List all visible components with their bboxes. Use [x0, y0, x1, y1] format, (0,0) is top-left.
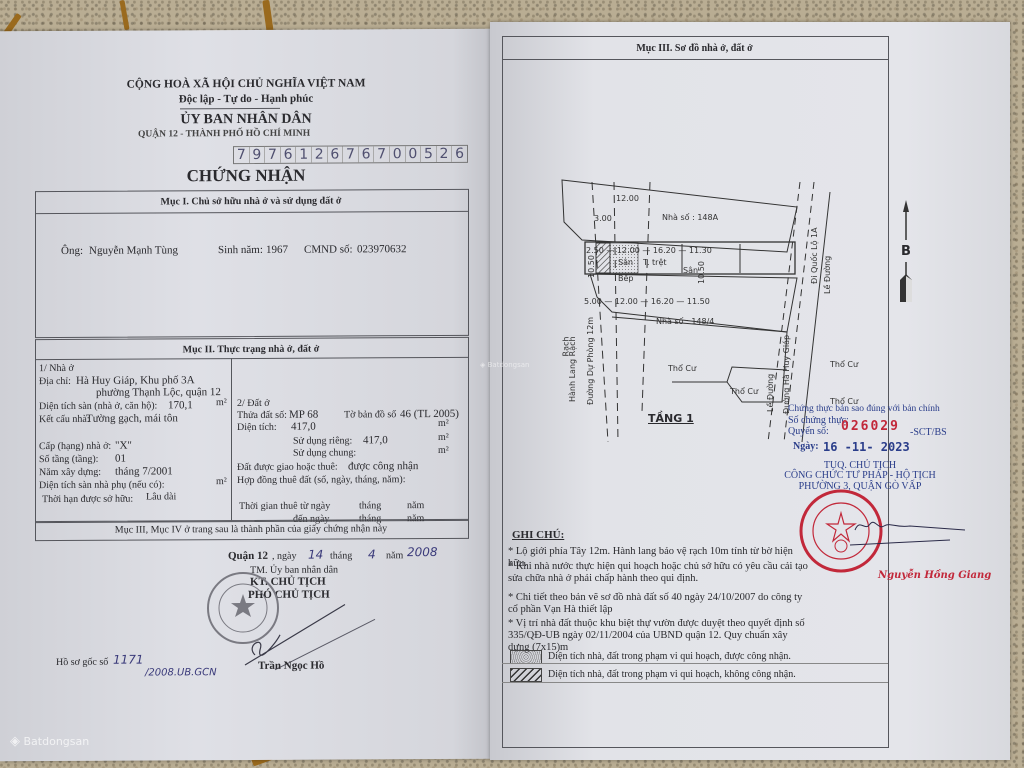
parcel: MP 68	[289, 409, 318, 421]
serial-digit: 6	[452, 146, 467, 162]
aux-area-label: Diện tích sàn nhà phụ (nếu có):	[39, 479, 165, 491]
motto-underline	[180, 108, 280, 110]
serial-digit: 2	[312, 147, 328, 163]
serial-digit: 2	[437, 146, 453, 162]
signer-name: Trần Ngọc Hồ	[258, 660, 324, 672]
structure: Tường gạch, mái tôn	[86, 412, 178, 424]
address-line2: phường Thạnh Lộc, quận 12	[96, 386, 221, 399]
private-use: 417,0	[363, 434, 388, 446]
record-suffix: /2008.UB.GCN	[145, 667, 217, 678]
signing-place: Quận 12	[228, 550, 268, 562]
room-yard1: Sân	[618, 258, 633, 267]
serial-digit: 6	[281, 147, 297, 163]
note-2: * Khi nhà nước thực hiện qui hoạch hoặc …	[508, 561, 816, 585]
aux-area-unit: m²	[216, 476, 227, 487]
room-main: T. trệt	[643, 258, 667, 267]
residential-2: Thổ Cư	[730, 387, 758, 396]
note-4: * Vị trí nhà đất thuộc khu biệt thự vườn…	[508, 618, 808, 654]
serial-digit: 6	[328, 146, 344, 162]
land-area-unit: m²	[438, 418, 449, 429]
watermark-center-icon: ◈	[480, 361, 485, 369]
cert-date-label: Ngày:	[793, 441, 819, 452]
residential-1: Thổ Cư	[668, 364, 696, 373]
land-area-label: Diện tích:	[237, 422, 277, 433]
signing-year-label: năm	[386, 550, 403, 561]
private-use-label: Sử dụng riêng:	[293, 435, 352, 446]
birth-year: 1967	[266, 244, 288, 256]
height-left: 10.50	[587, 255, 596, 278]
legend-hatched-text: Diện tích nhà, đất trong phạm vi qui hoạ…	[548, 669, 796, 680]
address-label: Địa chỉ:	[39, 376, 71, 387]
serial-digit: 6	[359, 146, 375, 162]
book-suffix: -SCT/BS	[910, 427, 947, 438]
road-edge-2: Lề Đường	[823, 256, 832, 294]
watermark-logo: ◈ Batdongsan	[10, 734, 89, 749]
watermark-center: ◈ Batdongsan	[480, 361, 529, 369]
floor-area-label: Diện tích sàn (nhà ở, căn hộ):	[39, 400, 157, 412]
dims-top: 2.50 — 12.00 — 16.20 — 11.30	[586, 246, 712, 255]
floor-area-unit: m²	[216, 397, 227, 408]
serial-number: 797612676700526	[233, 145, 468, 164]
signing-day: 14	[308, 548, 323, 562]
authority-subtitle: QUẬN 12 - THÀNH PHỐ HỒ CHÍ MINH	[138, 129, 310, 140]
lease-contract-label: Hợp đồng thuê đất (số, ngày, tháng, năm)…	[237, 474, 406, 486]
watermark-icon: ◈	[10, 734, 20, 749]
background-stick	[119, 0, 129, 30]
shared-use-unit: m²	[438, 445, 449, 456]
term-label: Thời hạn được sở hữu:	[42, 494, 133, 505]
serial-digit: 5	[421, 146, 437, 162]
cert-signature-icon	[850, 510, 970, 550]
neighbor-top: Nhà số : 148A	[662, 213, 718, 222]
authority-title: ỦY BAN NHÂN DÂN	[0, 111, 492, 130]
term: Lâu dài	[146, 491, 176, 502]
grade: "X"	[115, 440, 132, 452]
built: tháng 7/2001	[115, 465, 173, 477]
floors-label: Số tầng (tầng):	[39, 454, 98, 465]
watermark-brand: Batdongsan	[24, 735, 90, 748]
legend-dotted-swatch	[510, 650, 542, 664]
road-main-label: Đường Hà Huy Giáp	[782, 335, 791, 414]
certificate-title: CHỨNG NHẬN	[0, 165, 492, 188]
grade-label: Cấp (hạng) nhà ở:	[39, 441, 111, 452]
structure-label: Kết cấu nhà:	[39, 414, 90, 425]
certificate-left-page: CỘNG HOÀ XÃ HỘI CHỦ NGHĨA VIỆT NAM Độc l…	[0, 29, 492, 762]
map-number: 46 (TL 2005)	[400, 408, 459, 420]
country-header: CỘNG HOÀ XÃ HỘI CHỦ NGHĨA VIỆT NAM	[0, 77, 492, 92]
serial-digit: 7	[374, 146, 390, 162]
cert-signer: Nguyễn Hồng Giang	[878, 570, 991, 581]
land-heading: 2/ Đất ở	[237, 398, 270, 409]
highway-label: Đi Quốc Lộ 1A	[810, 227, 819, 284]
watermark-center-brand: Batdongsan	[488, 361, 530, 369]
birth-label: Sinh năm:	[218, 244, 263, 256]
serial-digit: 7	[234, 147, 250, 163]
signing-month: 4	[368, 547, 376, 561]
lease-from-label: Thời gian thuê từ ngày	[239, 501, 330, 512]
allocation-label: Đất được giao hoặc thuê:	[237, 462, 338, 474]
house-heading: 1/ Nhà ở	[39, 363, 74, 374]
id-number: 023970632	[357, 243, 407, 255]
address-line1: Hà Huy Giáp, Khu phố 3A	[76, 374, 195, 387]
map-label: Tờ bản đồ số	[344, 409, 396, 420]
signing-month-label: tháng	[330, 550, 352, 561]
dims-bottom: 5.00 — 12.00 — 16.20 — 11.50	[584, 297, 710, 306]
floor-area: 170,1	[168, 399, 193, 411]
section3-divider	[502, 59, 888, 60]
note-3: * Chi tiết theo bản vẽ sơ đồ nhà đất số …	[508, 592, 808, 616]
legend-dotted-text: Diện tích nhà, đất trong phạm vi qui hoạ…	[548, 651, 791, 662]
record-number: 1171	[113, 653, 144, 667]
section3-title: Mục III. Sơ đồ nhà ở, đất ở	[502, 43, 887, 54]
floors: 01	[115, 453, 126, 465]
floor-label: TẦNG 1	[648, 412, 694, 425]
land-area: 417,0	[291, 421, 316, 433]
legend-hatched-swatch	[510, 668, 542, 682]
built-label: Năm xây dựng:	[39, 467, 101, 478]
reserve-road-label: Đường Dự Phòng 12m	[586, 317, 595, 405]
serial-digit: 1	[296, 147, 312, 163]
signing-year: 2008	[407, 545, 438, 559]
serial-digit: 7	[343, 146, 359, 162]
lease-from-year: năm	[407, 500, 424, 511]
id-label: CMND số:	[304, 243, 353, 255]
road-edge-1: Lề Đường	[766, 374, 775, 412]
neighbor-bottom: Nhà số : 148/4	[656, 317, 714, 326]
parcel-label: Thửa đất số:	[237, 410, 287, 421]
north-label: B	[901, 244, 911, 259]
serial-digit: 7	[265, 147, 281, 163]
legend-divider	[502, 682, 888, 683]
serial-digit: 0	[390, 146, 406, 162]
serial-digit: 9	[250, 147, 266, 163]
section2-column-divider	[231, 358, 232, 520]
book-label: Quyển số:	[788, 426, 829, 437]
lease-from-month: tháng	[359, 500, 381, 511]
dim-upper: 12.00	[616, 194, 639, 203]
shared-use-label: Sử dụng chung:	[293, 447, 356, 458]
cert-date: 16 -11- 2023	[823, 440, 910, 454]
record-label: Hồ sơ gốc số	[56, 657, 108, 668]
allocation: được công nhận	[348, 460, 418, 472]
notes-heading: GHI CHÚ:	[512, 529, 564, 541]
cert-line1: Chứng thực bản sao đúng với bản chính	[788, 404, 940, 414]
cert-number: 026029	[841, 419, 900, 434]
motto: Độc lập - Tự do - Hạnh phúc	[0, 92, 492, 107]
room-kitchen: Bếp	[618, 274, 634, 283]
private-use-unit: m²	[438, 432, 449, 443]
height-right: 10.50	[697, 261, 706, 284]
section1-title: Mục I. Chủ sở hữu nhà ở và sử dụng đất ở	[35, 195, 467, 208]
dim-side: 3.00	[594, 214, 612, 223]
section2-title: Mục II. Thực trạng nhà ở, đất ở	[35, 343, 467, 356]
cert-no-label: Số chứng thực:	[788, 415, 849, 426]
cert-role2: CÔNG CHỨC TƯ PHÁP - HỘ TỊCH	[780, 470, 940, 481]
legend-divider	[502, 663, 888, 664]
residential-3: Thổ Cư	[830, 360, 858, 369]
room-yard2: Sân	[683, 266, 698, 275]
owner-name: Nguyễn Mạnh Tùng	[89, 244, 178, 256]
serial-digit: 0	[406, 146, 422, 162]
certificate-right-page: Mục III. Sơ đồ nhà ở, đất ở	[490, 22, 1010, 760]
canal-corridor-label: Hành Lang Rạch	[568, 336, 577, 402]
signing-day-label: , ngày	[272, 551, 296, 562]
owner-label: Ông:	[61, 245, 83, 257]
footer-note: Mục III, Mục IV ở trang sau là thành phầ…	[35, 523, 467, 536]
